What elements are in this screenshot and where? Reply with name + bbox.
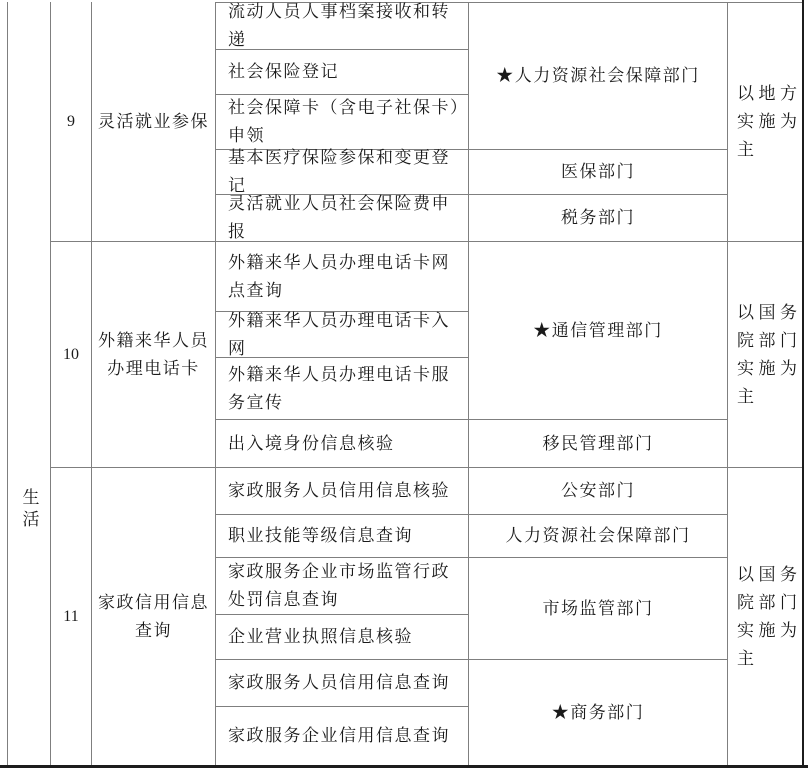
item-cell: 家政服务人员信用信息核验: [216, 468, 469, 515]
department-cell: ★通信管理部门: [469, 242, 728, 420]
life-category-cell: 生活: [8, 2, 51, 765]
item-cell: 家政服务企业信用信息查询: [216, 707, 469, 765]
department-cell: ★人力资源社会保障部门: [469, 2, 728, 150]
department-cell: 人力资源社会保障部门: [469, 515, 728, 558]
table-right-border: [802, 0, 804, 768]
department-cell: 医保部门: [469, 150, 728, 195]
item-cell: 外籍来华人员办理电话卡网点查询: [216, 242, 469, 312]
group-category-9: 灵活就业参保: [92, 2, 216, 242]
item-cell: 企业营业执照信息核验: [216, 615, 469, 660]
group-category-11: 家政信用信息查询: [92, 468, 216, 765]
scope-cell: 以国务院部门实施为主: [728, 468, 804, 765]
group-number-10: 10: [51, 242, 92, 468]
department-cell: 市场监管部门: [469, 558, 728, 660]
group-number-11: 11: [51, 468, 92, 765]
item-cell: 灵活就业人员社会保险费申报: [216, 195, 469, 242]
group-number-9: 9: [51, 2, 92, 242]
table-bottom-border: [0, 765, 808, 768]
department-cell: ★商务部门: [469, 660, 728, 765]
item-cell: 家政服务人员信用信息查询: [216, 660, 469, 707]
item-cell: 基本医疗保险参保和变更登记: [216, 150, 469, 195]
group-category-10: 外籍来华人员办理电话卡: [92, 242, 216, 468]
item-cell: 社会保险登记: [216, 50, 469, 95]
item-cell: 家政服务企业市场监管行政处罚信息查询: [216, 558, 469, 615]
item-cell: 流动人员人事档案接收和转递: [216, 2, 469, 50]
department-cell: 公安部门: [469, 468, 728, 515]
item-cell: 社会保障卡（含电子社保卡）申领: [216, 95, 469, 150]
service-table: 生活 9 10 11 灵活就业参保 外籍来华人员办理电话卡 家政信用信息查询 流…: [7, 2, 803, 765]
department-cell: 税务部门: [469, 195, 728, 242]
service-table-page: 生活 9 10 11 灵活就业参保 外籍来华人员办理电话卡 家政信用信息查询 流…: [0, 0, 808, 770]
life-category-label: 生活: [21, 488, 38, 532]
scope-cell: 以地方实施为主: [728, 2, 804, 242]
item-cell: 出入境身份信息核验: [216, 420, 469, 468]
scope-cell: 以国务院部门实施为主: [728, 242, 804, 468]
item-cell: 职业技能等级信息查询: [216, 515, 469, 558]
item-cell: 外籍来华人员办理电话卡服务宣传: [216, 358, 469, 420]
department-cell: 移民管理部门: [469, 420, 728, 468]
item-cell: 外籍来华人员办理电话卡入网: [216, 312, 469, 358]
